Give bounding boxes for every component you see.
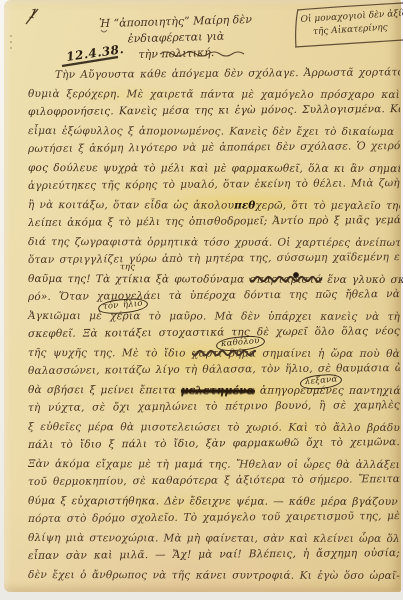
line-text: τῆς ψυχῆς της. Μὲ τὸ ἴδιο — [28, 347, 192, 359]
manuscript-line: εἶπαν σὰν καὶ μιλᾶ. — Ἄχ! μὰ ναί! Βλέπει… — [28, 546, 400, 566]
margin-dots — [10, 31, 14, 51]
line-text: χερῶ, ὅτι τὸ μεγαλεῖο της — [255, 200, 400, 212]
manuscript-line: ἀγριεύτηκες τῆς κόρης τὸ μυαλό, ὅταν ἐκε… — [28, 176, 400, 196]
manuscript-line: ρωτήσει ξ ἀκόμη λιγότερο νὰ μὲ ἀποπάρει … — [28, 139, 400, 159]
manuscript-line: φιλοφρονήσεις. Κανεὶς μέσα της κι ἐγὼ μό… — [28, 102, 400, 122]
manuscript-line: Τὴν Αὔγουστα κάθε ἀπόγεμα δὲν σχόλαγε. Ἀ… — [55, 65, 400, 85]
line-text: θὰ σβήσει ξ μείνει ἔπειτα — [28, 384, 181, 396]
inserted-word-above: της — [120, 262, 135, 274]
line-text: μαῦρο. Μὰ δὲν ὑπάρχει κανεὶς νὰ τὴ — [169, 310, 400, 323]
overwritten-word: πεθ — [234, 200, 255, 212]
manuscript-line: λείπει ἀκόμα ξ τὸ μέλι της ὀπισθοδρομεῖ;… — [28, 213, 400, 233]
line-text: ἢ νὰ κοιτάξω, ὅταν εἶδα ὡς ἀκολου — [28, 199, 234, 212]
scanned-manuscript-page: { "document": { "kind": "handwritten man… — [0, 0, 403, 600]
struck-word: σπαρταριστά — [249, 274, 322, 286]
manuscript-line: σκεφθεῖ. Ξὰ κοιτάξει στοχαστικά της δὲ χ… — [28, 324, 400, 344]
line-text: Ἀγκιῶμαι μὲ χέρια τὸ — [28, 310, 169, 322]
manuscript-line: τοῦ θερμοκηπίου, σὲ καθαρότερα ξ ἀξιότερ… — [28, 472, 400, 492]
scribbled-out-word: μελετημένα — [181, 384, 255, 396]
line-text: σημαίνει ἡ ὥρα ποὺ θὰ — [256, 348, 400, 360]
manuscript-line: ρό». Ὅταν χαμογελάει τὰ ὑπέροχα δόντια τ… — [28, 287, 400, 307]
line-text: θαῦμα της! Τὰ χτίκια ξὰ φωτοδύναμα — [28, 273, 249, 286]
ink-blot — [293, 272, 299, 278]
line-text: ἕνα γλυκὸ σκοτεινό- — [322, 274, 403, 286]
manuscript-line: πόρτα στὸ δρόμο σχολεῖο. Τὸ χαμόγελο τοῦ… — [28, 509, 400, 529]
manuscript-line: πάλι τὸ ἴδιο ξ πάλι τὸ ἴδιο, ξὰν φαρμακω… — [28, 435, 400, 455]
manuscript-line: δὲν ἔχει ὁ ἄνθρωπος νὰ τῆς κάνει συντροφ… — [28, 568, 400, 586]
line-text: παντηχιά — [349, 385, 401, 397]
manuscript-line: θαλασσώνει, κοιτάζω λίγο τὴ θάλασσα, τὸν… — [28, 361, 400, 381]
manuscript-line: τὴ νύχτα, σὲ ὄχι χαμηλώνει τὸ πέτρινο βο… — [28, 398, 400, 418]
manuscript-line: ὅταν στριγγλίζει γύρω ἀπὸ τὴ μητέρα της,… — [28, 250, 400, 270]
